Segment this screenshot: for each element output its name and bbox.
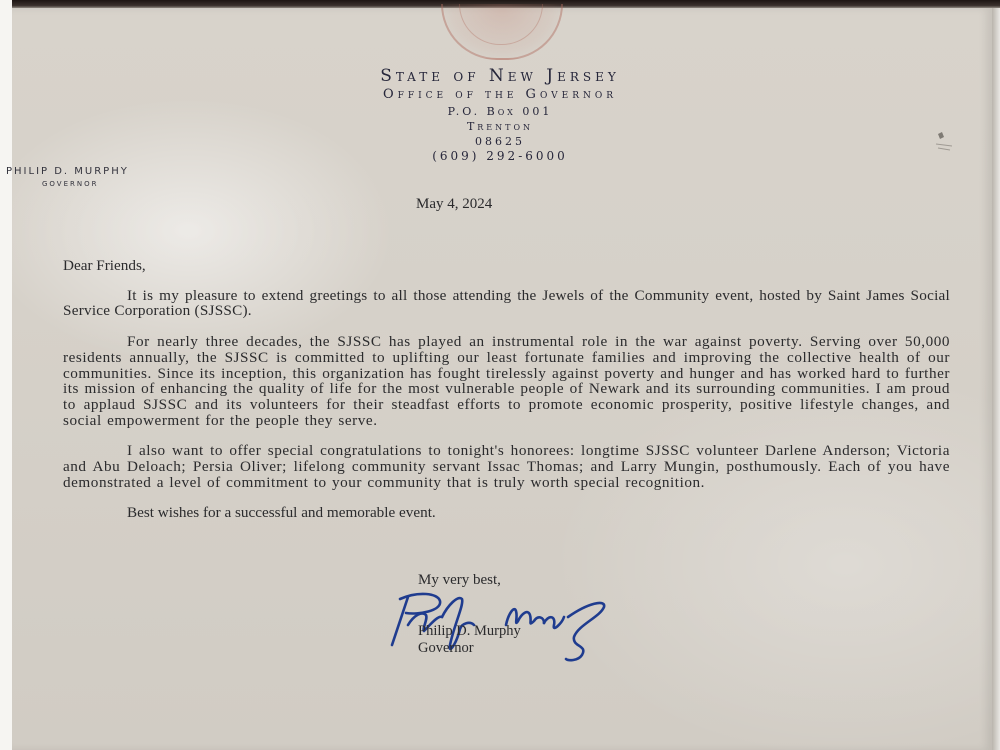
governor-name: Philip D. Murphy	[6, 166, 129, 177]
letterhead-city: Trenton	[300, 119, 700, 134]
letterhead-zip: 08625	[300, 134, 700, 149]
ink-smudge-icon	[930, 128, 956, 154]
closing-line: Best wishes for a successful and memorab…	[63, 505, 950, 521]
letter-date: May 4, 2024	[416, 196, 492, 213]
letter-photo: State of New Jersey Office of the Govern…	[0, 0, 1000, 750]
seal-inner-ring	[459, 4, 543, 45]
signer-name: Philip D. Murphy	[418, 623, 521, 640]
paper-edge	[992, 8, 1000, 750]
paragraph-mission: For nearly three decades, the SJSSC has …	[63, 334, 950, 428]
paragraph-greeting: It is my pleasure to extend greetings to…	[63, 288, 950, 319]
paragraph-honorees: I also want to offer special congratulat…	[63, 443, 950, 490]
letterhead-phone: (609) 292-6000	[300, 149, 700, 164]
letterhead-po-box: P.O. Box 001	[300, 104, 700, 119]
letterhead-office: Office of the Governor	[300, 86, 700, 104]
signer-block: Philip D. Murphy Governor	[418, 623, 521, 657]
signer-title: Governor	[418, 640, 521, 657]
salutation: Dear Friends,	[63, 258, 950, 274]
governor-title: Governor	[42, 180, 129, 188]
letterhead-state: State of New Jersey	[300, 66, 700, 86]
letter-body: Dear Friends, It is my pleasure to exten…	[63, 258, 950, 521]
governor-block: Philip D. Murphy Governor	[6, 166, 129, 188]
letterhead: State of New Jersey Office of the Govern…	[300, 66, 700, 164]
